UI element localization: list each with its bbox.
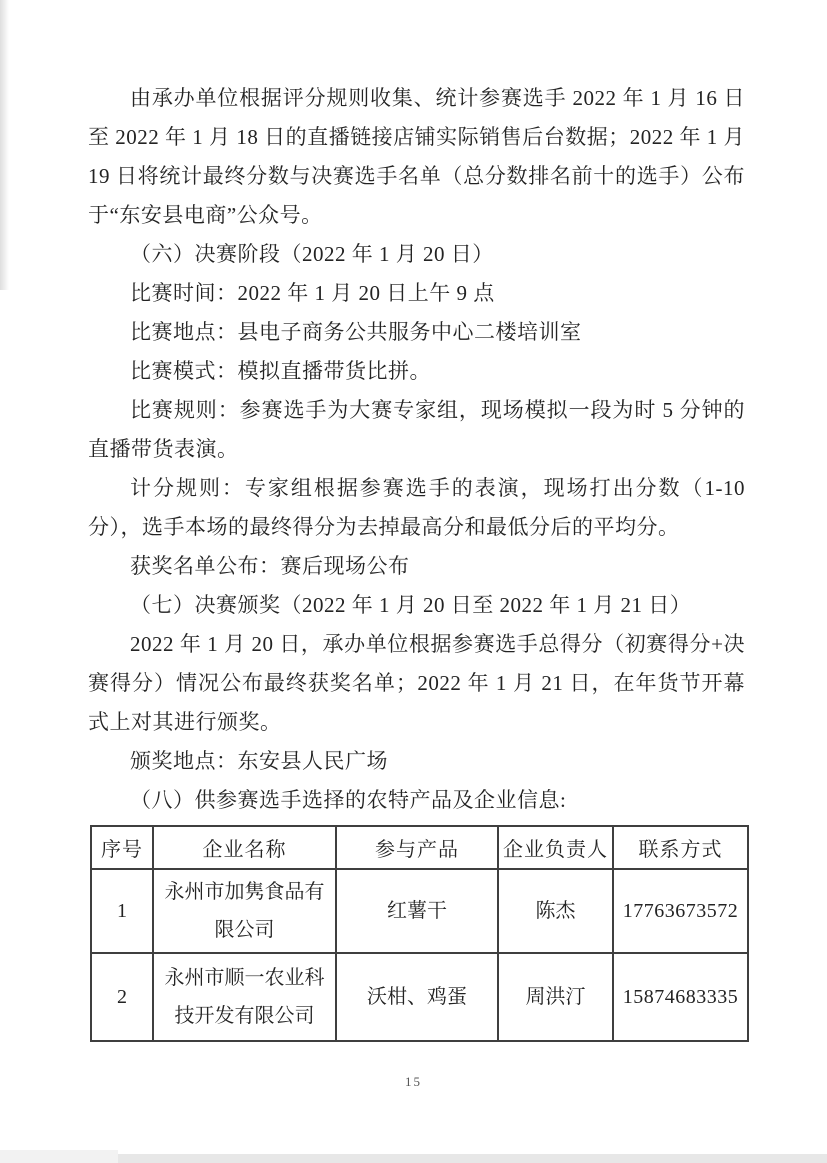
document-body: 由承办单位根据评分规则收集、统计参赛选手 2022 年 1 月 16 日至 20… bbox=[88, 79, 745, 1042]
cell-no: 2 bbox=[91, 953, 153, 1041]
scanned-document-page: { "document": { "paragraphs": [ "由承办单位根据… bbox=[0, 0, 827, 1163]
cell-company: 永州市顺一农业科技开发有限公司 bbox=[153, 953, 336, 1041]
heading-section-6-final-stage: （六）决赛阶段（2022 年 1 月 20 日） bbox=[88, 235, 745, 274]
header-row: 序号 企业名称 参与产品 企业负责人 联系方式 bbox=[91, 826, 748, 869]
table-row: 1 永州市加隽食品有限公司 红薯干 陈杰 17763673572 bbox=[91, 869, 748, 953]
heading-section-8-products-info: （八）供参赛选手选择的农特产品及企业信息: bbox=[88, 781, 745, 820]
cell-no: 1 bbox=[91, 869, 153, 953]
products-table: 序号 企业名称 参与产品 企业负责人 联系方式 1 永州市加隽食品有限公司 红薯… bbox=[90, 825, 749, 1042]
line-awards-venue: 颁奖地点：东安县人民广场 bbox=[88, 742, 745, 781]
para-scoring-rules: 计分规则：专家组根据参赛选手的表演，现场打出分数（1-10 分），选手本场的最终… bbox=[88, 469, 745, 547]
cell-product: 红薯干 bbox=[336, 869, 498, 953]
table-row: 2 永州市顺一农业科技开发有限公司 沃柑、鸡蛋 周洪汀 15874683335 bbox=[91, 953, 748, 1041]
page-number: 15 bbox=[0, 1074, 827, 1090]
cell-product: 沃柑、鸡蛋 bbox=[336, 953, 498, 1041]
para-awards-detail: 2022 年 1 月 20 日，承办单位根据参赛选手总得分（初赛得分+决赛得分）… bbox=[88, 625, 745, 742]
products-table-body: 1 永州市加隽食品有限公司 红薯干 陈杰 17763673572 2 永州市顺一… bbox=[91, 869, 748, 1041]
line-match-mode: 比赛模式：模拟直播带货比拼。 bbox=[88, 352, 745, 391]
line-match-venue: 比赛地点：县电子商务公共服务中心二楼培训室 bbox=[88, 313, 745, 352]
cell-phone: 17763673572 bbox=[613, 869, 748, 953]
para-preliminary-stats: 由承办单位根据评分规则收集、统计参赛选手 2022 年 1 月 16 日至 20… bbox=[88, 79, 745, 235]
scan-edge-bottom-left bbox=[0, 1150, 118, 1163]
col-header-manager: 企业负责人 bbox=[498, 826, 613, 869]
products-table-header: 序号 企业名称 参与产品 企业负责人 联系方式 bbox=[91, 826, 748, 869]
heading-section-7-awards: （七）决赛颁奖（2022 年 1 月 20 日至 2022 年 1 月 21 日… bbox=[88, 586, 745, 625]
line-match-time: 比赛时间：2022 年 1 月 20 日上午 9 点 bbox=[88, 274, 745, 313]
para-match-rules: 比赛规则：参赛选手为大赛专家组，现场模拟一段为时 5 分钟的直播带货表演。 bbox=[88, 391, 745, 469]
cell-manager: 陈杰 bbox=[498, 869, 613, 953]
cell-manager: 周洪汀 bbox=[498, 953, 613, 1041]
cell-phone: 15874683335 bbox=[613, 953, 748, 1041]
col-header-product: 参与产品 bbox=[336, 826, 498, 869]
col-header-phone: 联系方式 bbox=[613, 826, 748, 869]
line-winners-announcement: 获奖名单公布：赛后现场公布 bbox=[88, 547, 745, 586]
scan-edge-left bbox=[0, 0, 9, 290]
col-header-company: 企业名称 bbox=[153, 826, 336, 869]
scan-edge-bottom bbox=[0, 1154, 827, 1163]
cell-company: 永州市加隽食品有限公司 bbox=[153, 869, 336, 953]
col-header-no: 序号 bbox=[91, 826, 153, 869]
